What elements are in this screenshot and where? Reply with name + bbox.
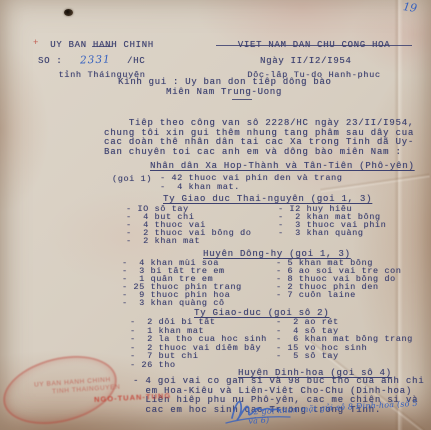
ref-suffix: /HC [127,56,145,66]
motto-underline [216,45,412,46]
dong-hy-right-column: - 5 khan mat bông - 6 ao soi vai tre con… [276,259,401,299]
section-heading-ty-giao-duc-1: Ty Giao duc Thai-nguyên (goi 1, 3) [163,194,372,204]
ty-giao-duc-2-left-column: - 2 dôi bi tât - 1 khan mat - 2 la tho c… [130,318,267,370]
scanned-document: + 19 UY BAN HANH CHINH tỉnh Tháinguyên V… [0,0,431,430]
page-number: 19 [402,0,418,15]
recipient-line2: Miên Nam Trung-Uong [166,87,282,97]
ty-giao-duc-2-right-column: - 2 ao rét - 4 sô tay - 6 khan mat bông … [276,318,413,361]
ty-giao-duc-1-left-column: - IO sô tay - 4 but chi - 4 thuoc vai - … [126,205,251,245]
hop-thanh-label: (goi 1) [112,174,152,184]
intro-paragraph: Tiêp theo công van sô 2228/HC ngày 23/II… [104,119,414,157]
org-underline [92,46,112,47]
ink-blot [64,9,73,16]
org-name: UY BAN HANH CHINH [38,40,166,50]
recipient-line1: Kinh gui : Uy ban don tiêp dông bào [118,77,332,87]
ty-giao-duc-1-right-column: - I2 huy hiêu - 2 khan mat bông - 3 thuo… [278,205,386,237]
hop-thanh-items: - 42 thuoc vai phin den và trang - 4 kha… [160,174,342,192]
section-heading-hop-thanh: Nhân dân Xa Hop-Thành và Tân-Tiên (Phô-y… [150,161,415,171]
document-date: Ngày II/I2/I954 [260,56,352,66]
dong-hy-left-column: - 4 khan mùi soa - 3 bi tât tre em - 1 q… [122,259,242,307]
ref-number-handwritten: 2331 [80,53,111,66]
recipient-underline [232,99,252,100]
ref-label: SO : [38,56,62,66]
